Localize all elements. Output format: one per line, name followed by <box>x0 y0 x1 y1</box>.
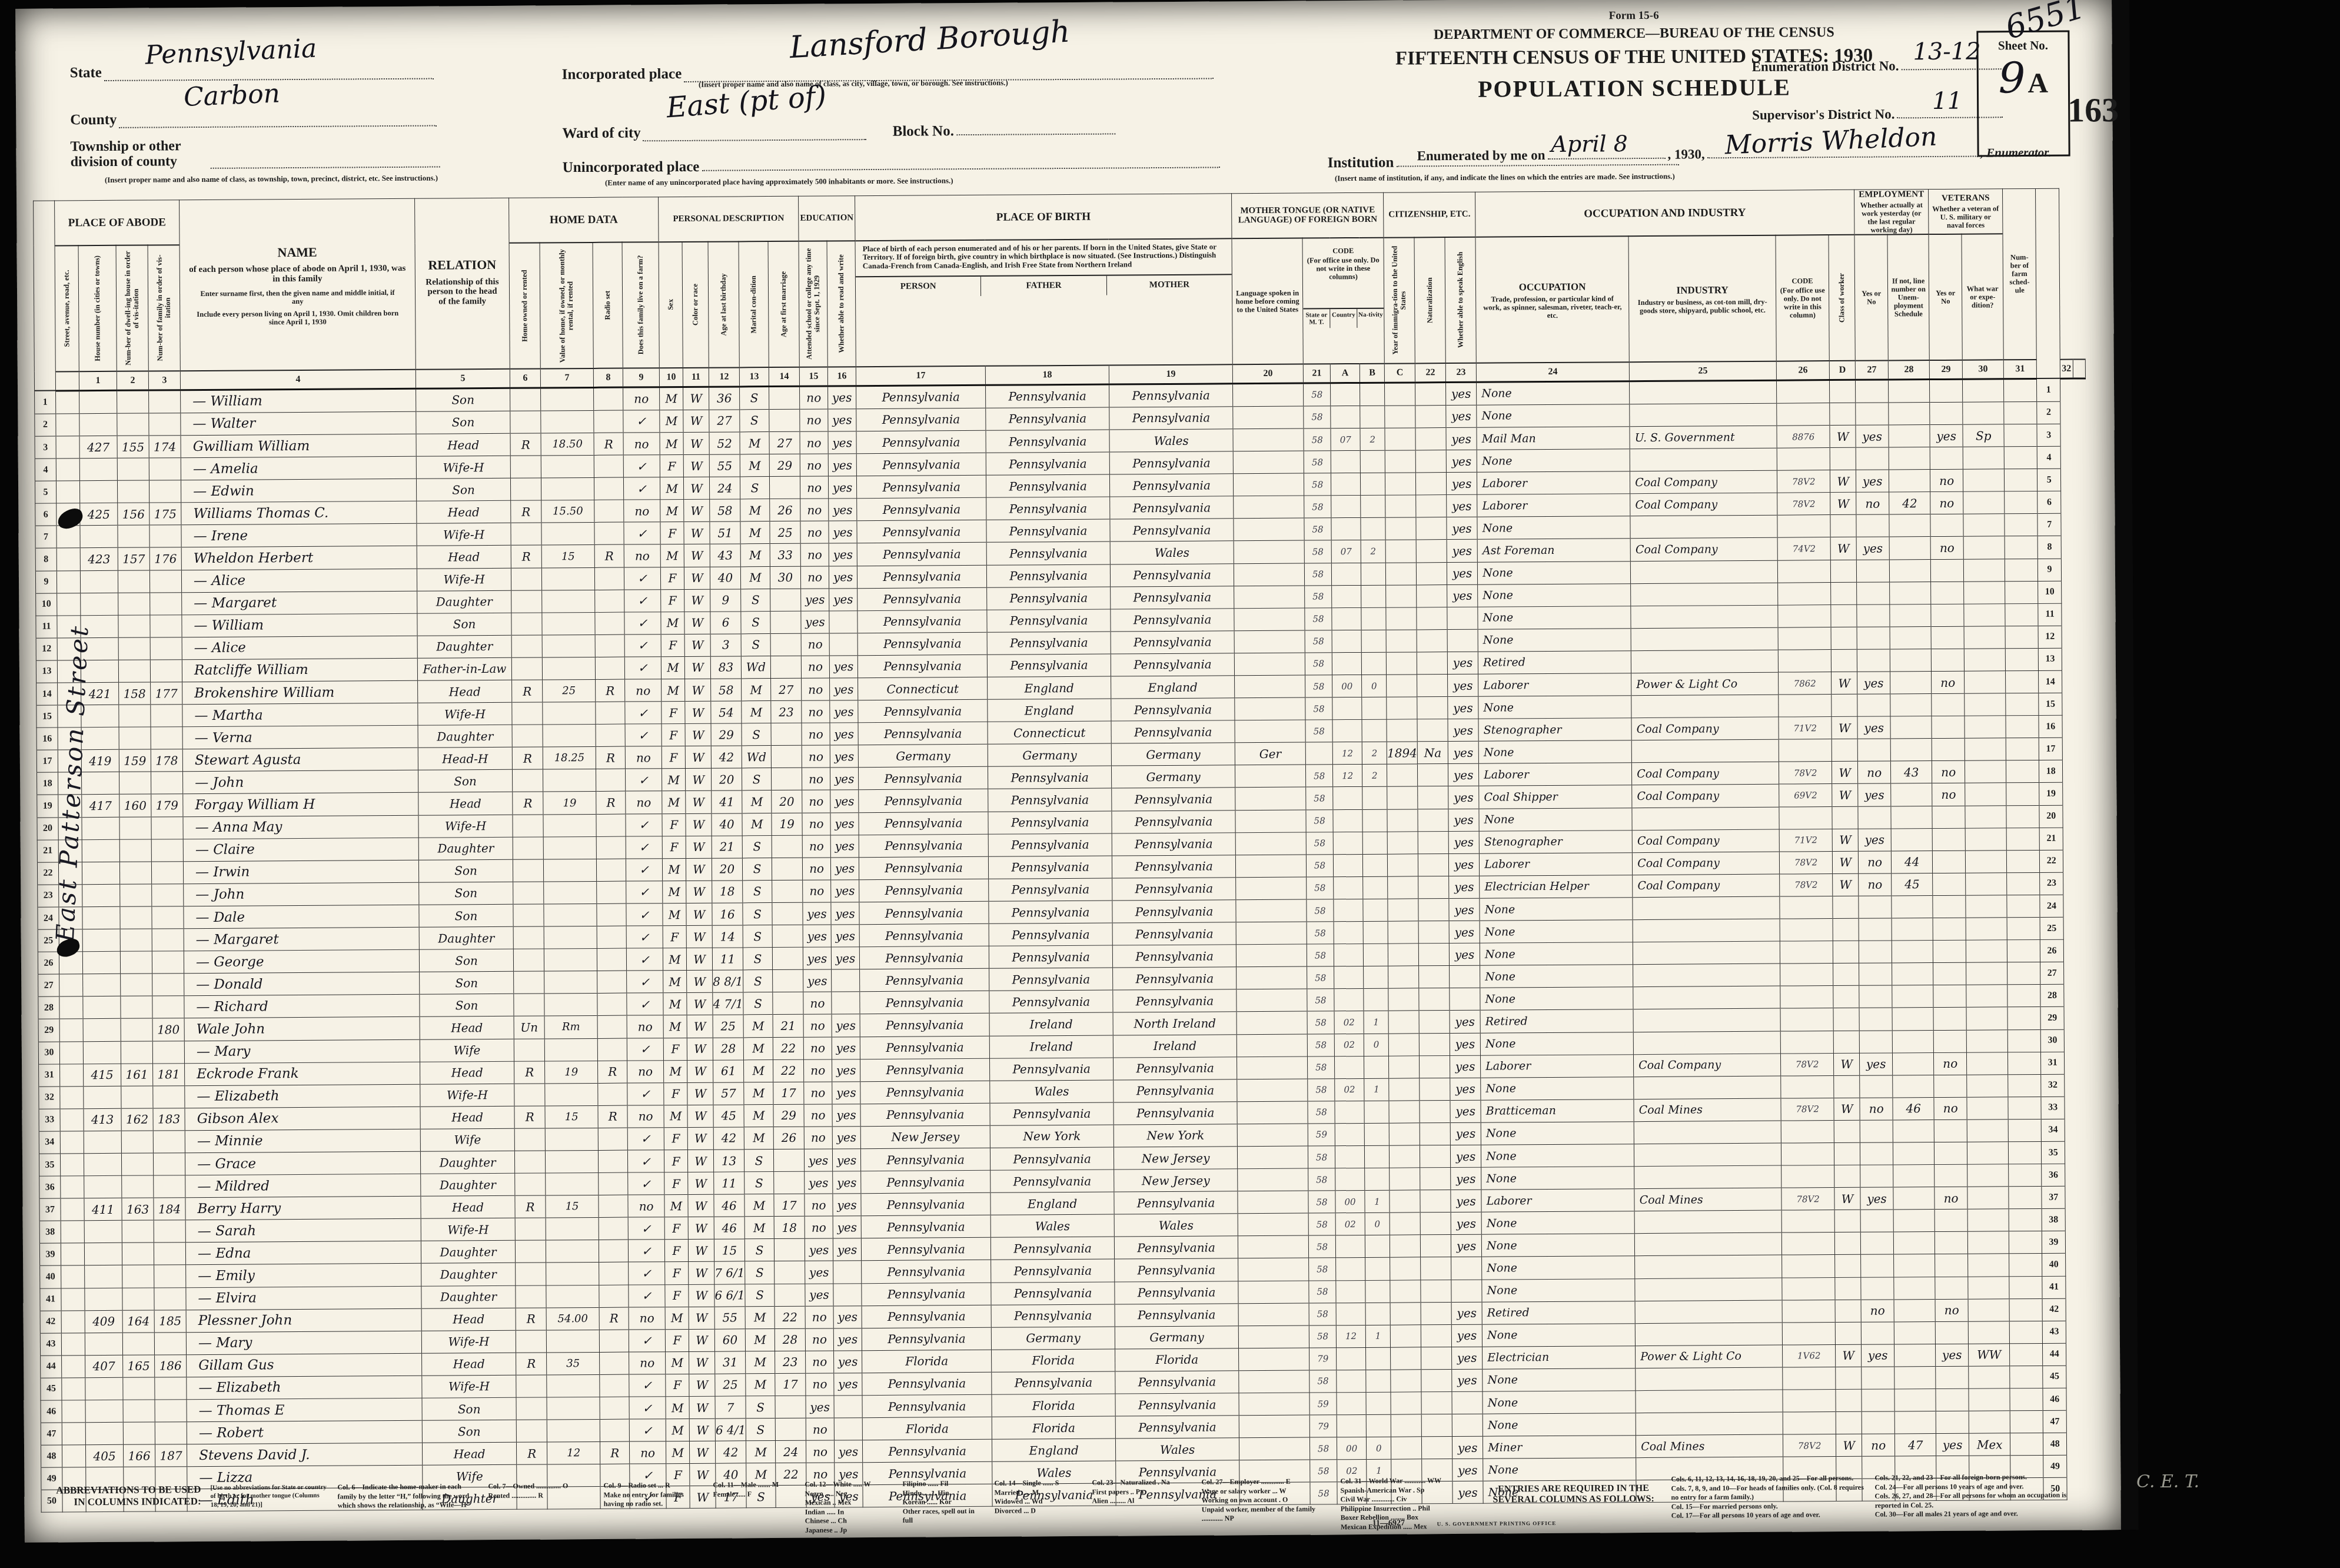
cell-school: no <box>801 633 829 656</box>
group-citizenship: CITIZENSHIP, ETC. <box>1384 192 1475 237</box>
cell-birthplace_person: Florida <box>862 1417 992 1440</box>
ward-label: Ward of city <box>562 125 640 141</box>
institution-label: Institution <box>1328 155 1394 171</box>
cell-birthplace_mother: Pennsylvania <box>1112 922 1236 945</box>
cell-dwelling_number: 162 <box>121 1108 153 1131</box>
cell-at_work <box>1856 403 1889 425</box>
cell-birthplace_person: Pennsylvania <box>860 1014 989 1037</box>
cell-occupation: None <box>1481 1167 1634 1190</box>
cell-occupation: None <box>1478 628 1631 652</box>
cell-line_right: 8 <box>2037 536 2061 559</box>
cell-home_owned_rented <box>514 1084 545 1106</box>
cell-unemployment_line <box>1894 1389 1936 1412</box>
cell-school: yes <box>804 1149 832 1171</box>
cell-occupation: Mail Man <box>1477 427 1630 450</box>
cell-code_d: 78V2 <box>1781 1188 1834 1211</box>
column-number: 27 <box>1855 360 1888 380</box>
cell-farm_schedule <box>2006 805 2039 828</box>
column-number: 13 <box>739 367 769 387</box>
col-farm-schedule-header: Num-ber of farm sched-ule <box>2003 188 2037 360</box>
cell-relation: Son <box>419 949 513 972</box>
cell-class_worker <box>1831 649 1857 672</box>
cell-mother_tongue <box>1238 1303 1309 1326</box>
cell-house_number <box>82 906 120 929</box>
column-number: 19 <box>1109 364 1232 384</box>
cell-birthplace_mother: Pennsylvania <box>1114 1102 1237 1125</box>
cell-year_immigration <box>1389 1055 1420 1078</box>
cell-code_d: 7862 <box>1779 672 1832 695</box>
cell-code_c <box>1360 406 1385 428</box>
cell-at_work <box>1862 1367 1894 1389</box>
cell-radio_set <box>597 1016 627 1038</box>
cell-at_work: yes <box>1857 716 1890 739</box>
cell-year_immigration <box>1387 809 1418 831</box>
cell-code_d: 74V2 <box>1777 537 1830 560</box>
cell-year_immigration <box>1388 966 1419 988</box>
cell-family_number <box>151 839 183 861</box>
cell-at_work: no <box>1856 492 1889 514</box>
cell-speak_english: yes <box>1452 1436 1483 1459</box>
cell-home_owned_rented: R <box>516 1442 547 1464</box>
cell-line_left: 14 <box>36 683 58 705</box>
cell-read_write: yes <box>829 521 857 543</box>
cell-code_d <box>1780 919 1833 942</box>
cell-unemployment_line: 43 <box>1891 761 1932 784</box>
column-number: C <box>1384 363 1415 383</box>
group-personal-description: PERSONAL DESCRIPTION <box>659 196 799 242</box>
cell-speak_english: yes <box>1449 876 1480 898</box>
cell-sex: F <box>666 1374 689 1396</box>
cell-house_number <box>79 413 117 436</box>
cell-read_write: yes <box>834 1350 862 1373</box>
cell-color_race: W <box>685 679 711 701</box>
cell-code_c <box>1362 719 1387 742</box>
cell-name: Gibson Alex <box>185 1107 420 1131</box>
cell-dwelling_number <box>118 660 150 682</box>
cell-code_c <box>1361 473 1385 495</box>
cell-class_worker <box>1833 1031 1859 1053</box>
cell-war <box>1963 491 2005 514</box>
cell-war <box>1964 649 2005 672</box>
cell-code_d: 78V2 <box>1781 1098 1834 1121</box>
ward-field: Ward of city East (pt of) Block No. <box>562 117 1115 142</box>
cell-code_a: 58 <box>1309 1370 1337 1393</box>
cell-birthplace_person: Pennsylvania <box>857 476 986 499</box>
cell-war <box>1963 536 2005 559</box>
cell-line_right: 25 <box>2040 917 2063 939</box>
cell-farm_schedule <box>2009 1141 2042 1164</box>
cell-code_a: 79 <box>1309 1348 1337 1370</box>
cell-industry: Coal Mines <box>1634 1098 1781 1122</box>
cell-year_immigration <box>1388 876 1418 899</box>
cell-code_a: 58 <box>1309 1303 1336 1325</box>
cell-farm: ✓ <box>626 926 663 948</box>
cell-family_number <box>154 1287 186 1310</box>
cell-relation: Head <box>421 1195 515 1218</box>
form-title-block: Form 15-6 DEPARTMENT OF COMMERCE—BUREAU … <box>1387 8 1882 104</box>
cell-veteran <box>1933 851 1966 873</box>
cell-age: 6 4/12 <box>715 1418 746 1441</box>
cell-home_value: 19 <box>543 792 596 815</box>
cell-birthplace_mother: Wales <box>1114 1214 1238 1237</box>
cell-farm: ✓ <box>627 1038 663 1060</box>
cell-line_left: 41 <box>40 1288 61 1311</box>
cell-naturalization <box>1420 1212 1451 1235</box>
cell-code_d <box>1779 806 1832 829</box>
cell-code_c <box>1364 1056 1389 1078</box>
cell-code_b <box>1332 720 1362 742</box>
cell-school: yes <box>801 611 829 633</box>
cell-line_right: 44 <box>2043 1343 2066 1366</box>
cell-marital_condition: S <box>746 1418 775 1441</box>
col-age-header: Age at last birthday <box>708 241 739 367</box>
cell-line_left: 32 <box>39 1087 60 1109</box>
cell-house_number: 425 <box>80 503 118 526</box>
cell-code_c <box>1363 899 1388 921</box>
cell-house_number <box>79 390 117 413</box>
cell-sex: M <box>663 881 686 903</box>
cell-relation: Daughter <box>417 635 511 658</box>
cell-dwelling_number <box>122 1333 154 1355</box>
cell-birthplace_father: Pennsylvania <box>989 990 1113 1013</box>
cell-color_race: W <box>689 1351 715 1374</box>
cell-code_c <box>1364 1145 1389 1168</box>
cell-industry <box>1630 403 1777 427</box>
col-class-worker-header: Class of worker <box>1829 235 1855 361</box>
cell-farm: no <box>627 1015 663 1038</box>
cell-house_number <box>83 1041 121 1064</box>
cell-family_number <box>149 390 181 413</box>
cell-sex: F <box>662 746 685 769</box>
incorporated-value: Lansford Borough <box>789 14 1072 66</box>
cell-class_worker <box>1830 403 1856 425</box>
cell-age: 21 <box>712 836 742 858</box>
cell-relation: Head <box>416 433 510 456</box>
cell-unemployment_line <box>1893 1187 1935 1210</box>
cell-unemployment_line <box>1892 963 1933 986</box>
cell-code_c: 2 <box>1362 742 1387 764</box>
cell-farm_schedule <box>2005 491 2037 514</box>
cell-industry <box>1635 1278 1782 1301</box>
cell-house_number <box>83 996 121 1019</box>
cell-occupation: None <box>1482 1323 1635 1347</box>
cell-line_right: 19 <box>2039 783 2063 805</box>
cell-war <box>1963 447 2004 470</box>
cell-veteran: no <box>1932 783 1965 806</box>
cell-birthplace_father: Pennsylvania <box>986 542 1110 565</box>
cell-unemployment_line <box>1892 941 1933 964</box>
cell-street <box>57 593 81 615</box>
cell-occupation: None <box>1481 1122 1634 1145</box>
cell-school: no <box>806 1440 835 1463</box>
cell-birthplace_father: Pennsylvania <box>989 923 1112 946</box>
cell-occupation: None <box>1477 449 1630 473</box>
cell-naturalization <box>1420 1145 1451 1168</box>
cell-farm: ✓ <box>628 1217 664 1240</box>
cell-code_d <box>1781 1143 1834 1166</box>
cell-dwelling_number <box>117 458 149 480</box>
cell-name: — Alice <box>182 636 417 660</box>
cell-farm: ✓ <box>623 477 660 500</box>
cell-code_a: 58 <box>1306 787 1333 809</box>
cell-marital_condition: S <box>743 948 772 970</box>
cell-naturalization <box>1420 1122 1450 1145</box>
cell-home_owned_rented <box>513 882 544 904</box>
cell-line_left: 2 <box>35 414 56 436</box>
cell-name: — Edwin <box>181 479 417 503</box>
cell-veteran <box>1933 895 1966 918</box>
race-label: Color or race <box>692 284 700 325</box>
cell-birthplace_mother: Pennsylvania <box>1115 1281 1238 1304</box>
cell-farm_schedule <box>2007 917 2040 939</box>
cell-naturalization <box>1416 517 1447 540</box>
cell-farm: no <box>626 791 662 813</box>
cell-age_first_marriage: 30 <box>770 566 800 589</box>
cell-speak_english: yes <box>1448 786 1479 809</box>
cell-farm_schedule <box>2005 648 2038 670</box>
cell-war <box>1963 469 2005 492</box>
cell-industry: Coal Company <box>1632 785 1779 808</box>
cell-radio_set: R <box>600 1441 629 1464</box>
cell-age: 3 <box>710 634 741 656</box>
cell-code_d <box>1779 695 1832 717</box>
cell-family_number <box>150 660 182 682</box>
cell-speak_english: yes <box>1449 943 1480 965</box>
cell-code_d <box>1778 604 1831 627</box>
cell-relation: Daughter <box>421 1241 515 1264</box>
cell-radio_set <box>594 477 623 500</box>
cell-home_owned_rented <box>510 478 541 500</box>
cell-line_left: 28 <box>38 996 59 1019</box>
cell-house_number <box>79 481 117 503</box>
cell-line_right: 46 <box>2043 1388 2066 1410</box>
cell-war <box>1967 1209 2009 1232</box>
cell-home_value <box>545 1083 598 1106</box>
cell-school: no <box>806 1373 834 1396</box>
column-number: B <box>1360 364 1384 383</box>
cell-relation: Son <box>418 770 513 793</box>
cell-house_number <box>85 1422 123 1444</box>
cell-code_c <box>1360 450 1385 473</box>
cell-year_immigration <box>1391 1347 1421 1370</box>
cell-farm: ✓ <box>624 589 661 612</box>
cell-street <box>60 1086 84 1108</box>
cell-birthplace_mother: Pennsylvania <box>1115 1303 1238 1326</box>
cell-line_left: 27 <box>38 974 59 996</box>
relation-title: RELATION <box>416 258 509 273</box>
cell-code_d <box>1778 649 1831 672</box>
cell-birthplace_father: England <box>988 699 1111 722</box>
cell-radio_set <box>599 1330 629 1352</box>
cell-marital_condition: S <box>744 1172 774 1194</box>
cell-radio_set <box>595 590 624 612</box>
cell-war <box>1967 1164 2009 1187</box>
cell-radio_set <box>600 1374 629 1397</box>
cell-home_value <box>543 814 596 837</box>
cell-industry <box>1633 964 1780 987</box>
cell-industry <box>1631 627 1778 651</box>
cell-naturalization <box>1418 899 1449 921</box>
cell-occupation: None <box>1478 583 1631 607</box>
cell-age: 6 <box>710 612 741 634</box>
cell-birthplace_person: Pennsylvania <box>856 453 986 476</box>
cell-home_value <box>544 994 597 1016</box>
cell-relation: Wife-H <box>420 1084 514 1107</box>
cell-age_first_marriage: 28 <box>775 1328 805 1351</box>
cell-class_worker <box>1830 515 1856 537</box>
cell-name: — Elizabeth <box>185 1084 420 1108</box>
cell-sex: M <box>660 387 683 410</box>
cell-sex: F <box>662 836 686 858</box>
sheet-letter: A <box>2027 68 2048 99</box>
cell-code_c <box>1366 1347 1391 1370</box>
industry-title: INDUSTRY <box>1629 284 1776 297</box>
cell-code_c <box>1361 585 1386 607</box>
cell-name: — Irene <box>181 524 417 548</box>
cell-birthplace_mother: Pennsylvania <box>1112 878 1236 901</box>
cell-color_race: W <box>687 1060 713 1082</box>
cell-code_d <box>1778 582 1831 605</box>
cell-naturalization <box>1421 1324 1451 1347</box>
cell-birthplace_person: Pennsylvania <box>861 1215 990 1238</box>
cell-at_work: no <box>1859 873 1892 896</box>
cell-code_b <box>1333 787 1362 809</box>
school-label: Attended school or college any time sinc… <box>805 245 822 363</box>
cell-mother_tongue <box>1237 1146 1308 1169</box>
cell-naturalization <box>1417 719 1448 742</box>
cell-birthplace_mother: Pennsylvania <box>1111 653 1234 676</box>
cell-name: Gillam Gus <box>187 1353 422 1377</box>
cell-veteran <box>1930 514 1963 537</box>
english-label: Whether able to speak English <box>1456 252 1465 348</box>
cell-veteran <box>1936 1366 1969 1388</box>
cell-line_left: 3 <box>35 436 56 459</box>
cell-code_a: 58 <box>1308 1168 1335 1191</box>
cell-farm_schedule <box>2005 626 2038 648</box>
print-code: 11—6927 <box>1372 1519 1405 1529</box>
cell-farm_schedule <box>2004 401 2037 424</box>
column-number <box>55 371 79 391</box>
cell-occupation: None <box>1478 606 1631 629</box>
cell-at_work: no <box>1860 1098 1893 1120</box>
cell-birthplace_father: England <box>992 1439 1116 1461</box>
cell-veteran <box>1935 1232 1967 1254</box>
cell-home_value <box>541 455 594 478</box>
group-employment: EMPLOYMENT Whether actually at work yest… <box>1854 190 1929 235</box>
cell-unemployment_line: 47 <box>1895 1434 1936 1457</box>
cell-line_right: 36 <box>2042 1164 2065 1186</box>
cell-at_work <box>1861 1277 1894 1299</box>
cell-family_number: 185 <box>154 1310 186 1332</box>
cell-age_first_marriage <box>775 1284 805 1306</box>
population-rows: 1— WilliamSonnoMW36SnoyesPennsylvaniaPen… <box>35 378 2093 1513</box>
cell-birthplace_person: Pennsylvania <box>859 901 989 924</box>
cell-birthplace_person: Pennsylvania <box>859 767 988 790</box>
cell-relation: Son <box>417 613 511 636</box>
cell-mother_tongue: Ger <box>1235 742 1305 765</box>
cell-at_work: yes <box>1860 1187 1893 1210</box>
cell-farm_schedule <box>2007 940 2040 962</box>
cell-school: no <box>804 1082 832 1104</box>
cell-home_value <box>545 1150 598 1173</box>
cell-home_value <box>545 1128 598 1151</box>
cell-class_worker <box>1835 1300 1861 1322</box>
column-number: 17 <box>856 366 985 386</box>
cell-home_owned_rented: R <box>511 500 541 523</box>
cell-code_c <box>1361 652 1386 675</box>
cell-year_immigration <box>1385 495 1416 517</box>
cell-marital_condition: M <box>742 813 772 835</box>
cell-unemployment_line: 46 <box>1893 1097 1934 1120</box>
cell-unemployment_line <box>1894 1366 1936 1389</box>
cell-farm_schedule <box>2005 514 2037 536</box>
cell-school: yes <box>803 947 831 969</box>
cell-speak_english <box>1447 607 1478 629</box>
cell-farm_schedule <box>2010 1343 2043 1366</box>
employment-desc: Whether actually at work yesterday (or t… <box>1854 201 1928 234</box>
cell-sex: F <box>664 1172 688 1195</box>
cell-industry <box>1630 448 1777 471</box>
cell-radio_set <box>599 1217 628 1240</box>
cell-industry <box>1634 1165 1781 1189</box>
cell-home_owned_rented <box>510 456 541 478</box>
cell-line_left: 31 <box>39 1064 60 1087</box>
cell-birthplace_mother: Pennsylvania <box>1110 496 1234 519</box>
cell-farm: ✓ <box>629 1419 666 1441</box>
cell-read_write: yes <box>830 857 859 879</box>
cell-code_d: 78V2 <box>1783 1434 1836 1457</box>
cell-farm_schedule <box>2006 760 2039 783</box>
cell-code_a: 58 <box>1306 832 1333 854</box>
cell-house_number <box>83 1019 121 1041</box>
cell-birthplace_person: Pennsylvania <box>859 789 988 812</box>
cell-at_work <box>1861 1254 1894 1277</box>
cell-home_owned_rented <box>511 613 542 635</box>
cell-home_owned_rented: Un <box>514 1016 544 1038</box>
cell-farm: ✓ <box>627 971 663 993</box>
cell-industry: Power & Light Co <box>1636 1345 1783 1368</box>
cell-house_number <box>85 1400 123 1422</box>
cell-veteran <box>1930 559 1963 582</box>
cell-sex: M <box>664 1060 687 1082</box>
cell-war <box>1967 1119 2008 1142</box>
cell-code_c <box>1362 854 1387 876</box>
cell-war <box>1965 783 2006 806</box>
cell-war <box>1966 962 2007 985</box>
cell-code_c: 1 <box>1365 1325 1390 1347</box>
enumerated-line: Enumerated by me on April 8 , 1930, Morr… <box>1417 145 2052 164</box>
cell-farm_schedule <box>2009 1187 2042 1209</box>
cell-relation: Son <box>416 478 510 501</box>
cell-sex: M <box>666 1441 689 1464</box>
cell-speak_english: yes <box>1452 1347 1483 1369</box>
cell-home_owned_rented <box>514 994 544 1016</box>
sup-district-field: Supervisor's District No. 11 <box>1752 106 2003 123</box>
cell-house_number: 411 <box>84 1198 122 1221</box>
cell-age_first_marriage: 26 <box>773 1127 804 1149</box>
cell-code_b <box>1332 697 1362 720</box>
abbrev-note: [Use no abbreviations for State or count… <box>210 1483 328 1509</box>
enumerator-name: Morris Wheldon <box>1724 122 1938 161</box>
cell-mother_tongue <box>1239 1437 1310 1460</box>
cell-class_worker <box>1834 1120 1860 1142</box>
cell-birthplace_person: Pennsylvania <box>861 1192 990 1215</box>
cell-birthplace_mother: Wales <box>1110 541 1234 564</box>
cell-dwelling_number <box>119 862 151 884</box>
cell-school: no <box>802 768 830 790</box>
cell-age: 25 <box>715 1374 746 1396</box>
col-veteran-header: Yes or No <box>1929 234 1962 360</box>
